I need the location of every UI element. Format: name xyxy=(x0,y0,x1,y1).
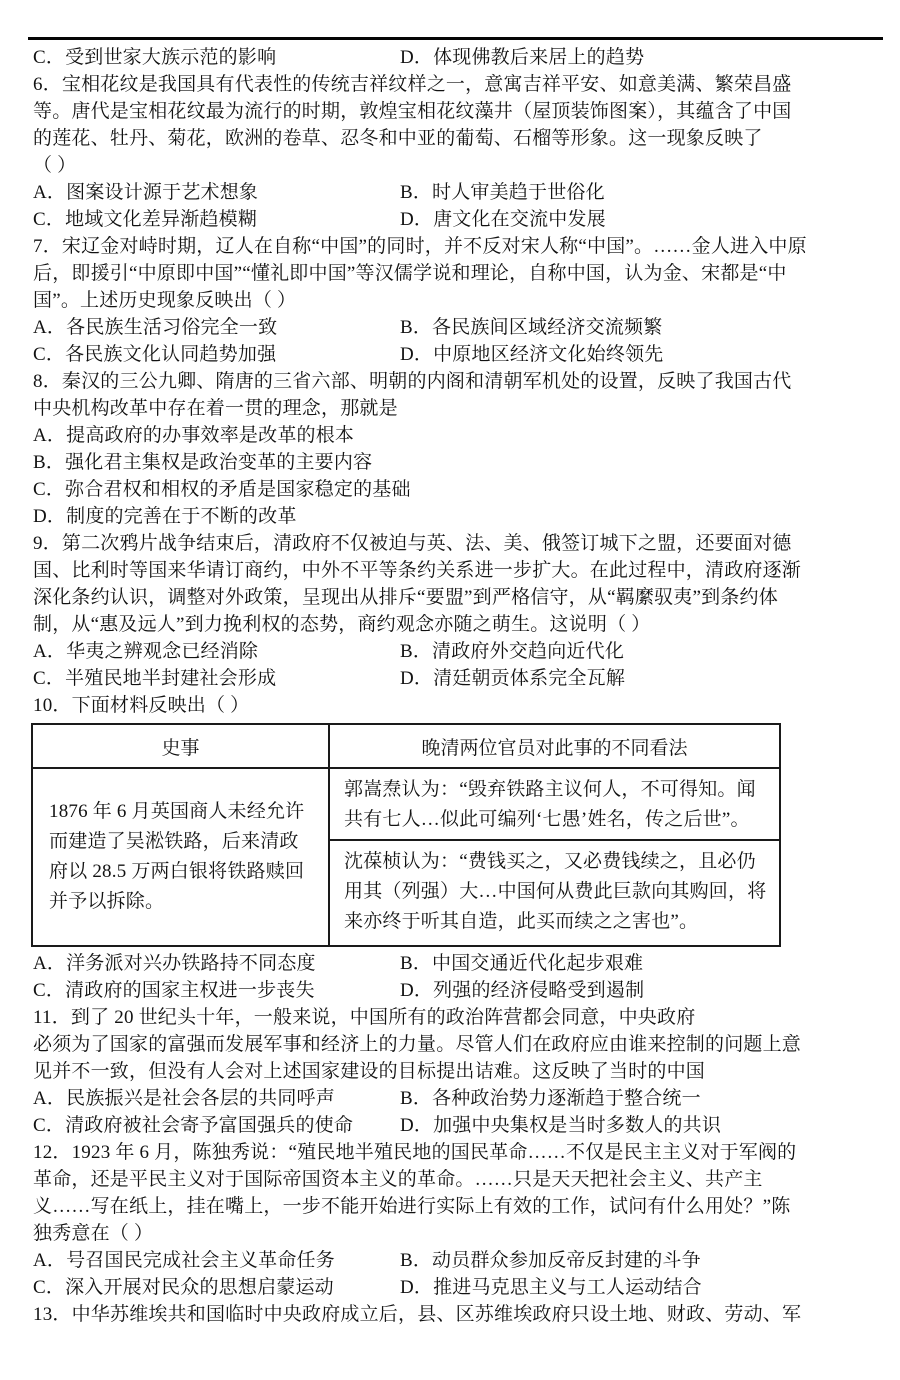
q12-options-row-ab: A．号召国民完成社会主义革命任务 B．动员群众参加反帝反封建的斗争 xyxy=(33,1247,878,1274)
q6-stem-line-2: 等。唐代是宝相花纹最为流行的时期，敦煌宝相花纹藻井（屋顶装饰图案），其蕴含了中国 xyxy=(33,98,878,125)
q6-option-d: D．唐文化在交流中发展 xyxy=(400,206,606,233)
q9-option-c: C．半殖民地半封建社会形成 xyxy=(33,665,395,692)
q10-option-c: C．清政府的国家主权进一步丧失 xyxy=(33,977,395,1004)
q10-table-header-views: 晚清两位官员对此事的不同看法 xyxy=(328,725,779,767)
q7-options-row-cd: C．各民族文化认同趋势加强 D．中原地区经济文化始终领先 xyxy=(33,341,878,368)
q13-stem-line-1: 13．中华苏维埃共和国临时中央政府成立后，县、区苏维埃政府只设土地、财政、劳动、… xyxy=(33,1301,878,1328)
q9-stem-line-3: 深化条约认识，调整对外政策，呈现出从排斥“要盟”到严格信守，从“羁縻驭夷”到条约… xyxy=(33,584,878,611)
q9-stem-line-1: 9．第二次鸦片战争结束后，清政府不仅被迫与英、法、美、俄签订城下之盟，还要面对德 xyxy=(33,530,878,557)
q7-stem-line-2: 后，即援引“中原即中国”“懂礼即中国”等汉儒学说和理论，自称中国，认为金、宋都是… xyxy=(33,260,878,287)
q8-stem-line-2: 中央机构改革中存在着一贯的理念，那就是 xyxy=(33,395,878,422)
q9-options-row-cd: C．半殖民地半封建社会形成 D．清廷朝贡体系完全瓦解 xyxy=(33,665,878,692)
q8-option-a: A．提高政府的办事效率是改革的根本 xyxy=(33,422,878,449)
q11-option-c: C．清政府被社会寄予富国强兵的使命 xyxy=(33,1112,395,1139)
q7-option-d: D．中原地区经济文化始终领先 xyxy=(400,341,664,368)
q12-options-row-cd: C．深入开展对民众的思想启蒙运动 D．推进马克思主义与工人运动结合 xyxy=(33,1274,878,1301)
q9-options-row-ab: A．华夷之辨观念已经消除 B．清政府外交趋向近代化 xyxy=(33,638,878,665)
exam-content: C．受到世家大族示范的影响 D．体现佛教后来居上的趋势 6．宝相花纹是我国具有代… xyxy=(33,44,878,1328)
q11-option-a: A．民族振兴是社会各层的共同呼声 xyxy=(33,1085,395,1112)
q9-option-a: A．华夷之辨观念已经消除 xyxy=(33,638,395,665)
q7-stem-line-3: 国”。上述历史现象反映出（ ） xyxy=(33,287,878,314)
q7-option-a: A．各民族生活习俗完全一致 xyxy=(33,314,395,341)
q12-option-c: C．深入开展对民众的思想启蒙运动 xyxy=(33,1274,395,1301)
q11-stem-line-2: 必须为了国家的富强而发展军事和经济上的力量。尽管人们在政府应由谁来控制的问题上意 xyxy=(33,1031,878,1058)
q6-stem-line-1: 6．宝相花纹是我国具有代表性的传统吉祥纹样之一，意寓吉祥平安、如意美满、繁荣昌盛 xyxy=(33,71,878,98)
q10-option-a: A．洋务派对兴办铁路持不同态度 xyxy=(33,950,395,977)
q8-stem-line-1: 8．秦汉的三公九卿、隋唐的三省六部、明朝的内阁和清朝军机处的设置，反映了我国古代 xyxy=(33,368,878,395)
q6-option-b: B．时人审美趋于世俗化 xyxy=(400,179,605,206)
q10-option-d: D．列强的经济侵略受到遏制 xyxy=(400,977,644,1004)
q7-options-row-ab: A．各民族生活习俗完全一致 B．各民族间区域经济交流频繁 xyxy=(33,314,878,341)
q11-options-row-ab: A．民族振兴是社会各层的共同呼声 B．各种政治势力逐渐趋于整合统一 xyxy=(33,1085,878,1112)
q9-option-b: B．清政府外交趋向近代化 xyxy=(400,638,624,665)
q12-option-d: D．推进马克思主义与工人运动结合 xyxy=(400,1274,702,1301)
q6-options-row-ab: A．图案设计源于艺术想象 B．时人审美趋于世俗化 xyxy=(33,179,878,206)
q5-options-row-cd: C．受到世家大族示范的影响 D．体现佛教后来居上的趋势 xyxy=(33,44,878,71)
q8-option-c: C．弥合君权和相权的矛盾是国家稳定的基础 xyxy=(33,476,878,503)
q10-option-b: B．中国交通近代化起步艰难 xyxy=(400,950,643,977)
page-divider-rule xyxy=(28,37,883,40)
q6-options-row-cd: C．地域文化差异渐趋模糊 D．唐文化在交流中发展 xyxy=(33,206,878,233)
q10-material-table: 史事 晚清两位官员对此事的不同看法 1876 年 6 月英国商人未经允许而建造了… xyxy=(31,723,781,947)
q10-table-view2-cell: 沈葆桢认为：“费钱买之，又必费钱续之，且必仍用其（列强）大…中国何从费此巨款向其… xyxy=(328,839,779,945)
q10-table-event-cell: 1876 年 6 月英国商人未经允许而建造了吴淞铁路，后来清政府以 28.5 万… xyxy=(33,767,328,945)
q5-option-d: D．体现佛教后来居上的趋势 xyxy=(400,44,644,71)
q10-table-event-text: 1876 年 6 月英国商人未经允许而建造了吴淞铁路，后来清政府以 28.5 万… xyxy=(49,797,314,917)
q6-stem-line-4: （ ） xyxy=(33,152,878,179)
exam-page: C．受到世家大族示范的影响 D．体现佛教后来居上的趋势 6．宝相花纹是我国具有代… xyxy=(0,0,900,1380)
q8-option-b: B．强化君主集权是政治变革的主要内容 xyxy=(33,449,878,476)
q6-option-a: A．图案设计源于艺术想象 xyxy=(33,179,395,206)
q12-option-a: A．号召国民完成社会主义革命任务 xyxy=(33,1247,395,1274)
q11-option-b: B．各种政治势力逐渐趋于整合统一 xyxy=(400,1085,701,1112)
q12-stem-line-4: 独秀意在（ ） xyxy=(33,1220,878,1247)
q6-option-c: C．地域文化差异渐趋模糊 xyxy=(33,206,395,233)
q7-option-b: B．各民族间区域经济交流频繁 xyxy=(400,314,662,341)
q12-stem-line-1: 12．1923 年 6 月，陈独秀说：“殖民地半殖民地的国民革命……不仅是民主主… xyxy=(33,1139,878,1166)
q11-stem-line-1: 11．到了 20 世纪头十年，一般来说，中国所有的政治阵营都会同意，中央政府 xyxy=(33,1004,878,1031)
q9-stem-line-2: 国、比利时等国来华请订商约，中外不平等条约关系进一步扩大。在此过程中，清政府逐渐 xyxy=(33,557,878,584)
q11-stem-line-3: 见并不一致，但没有人会对上述国家建设的目标提出诘难。这反映了当时的中国 xyxy=(33,1058,878,1085)
q7-stem-line-1: 7．宋辽金对峙时期，辽人在自称“中国”的同时，并不反对宋人称“中国”。……金人进… xyxy=(33,233,878,260)
q10-table-header-event: 史事 xyxy=(33,725,328,767)
q12-option-b: B．动员群众参加反帝反封建的斗争 xyxy=(400,1247,701,1274)
q12-stem-line-2: 革命，还是平民主义对于国际帝国资本主义的革命。……只是天天把社会主义、共产主 xyxy=(33,1166,878,1193)
q10-options-row-ab: A．洋务派对兴办铁路持不同态度 B．中国交通近代化起步艰难 xyxy=(33,950,878,977)
q8-option-d: D．制度的完善在于不断的改革 xyxy=(33,503,878,530)
q11-options-row-cd: C．清政府被社会寄予富国强兵的使命 D．加强中央集权是当时多数人的共识 xyxy=(33,1112,878,1139)
q5-option-c: C．受到世家大族示范的影响 xyxy=(33,44,395,71)
q9-option-d: D．清廷朝贡体系完全瓦解 xyxy=(400,665,625,692)
q11-option-d: D．加强中央集权是当时多数人的共识 xyxy=(400,1112,721,1139)
q10-table-view1-cell: 郭嵩焘认为：“毁弃铁路主议何人，不可得知。闻共有七人…似此可编列‘七愚’姓名，传… xyxy=(328,767,779,839)
q6-stem-line-3: 的莲花、牡丹、菊花，欧洲的卷草、忍冬和中亚的葡萄、石榴等形象。这一现象反映了 xyxy=(33,125,878,152)
q9-stem-line-4: 制，从“惠及远人”到力挽利权的态势，商约观念亦随之萌生。这说明（ ） xyxy=(33,611,878,638)
q10-stem-line-1: 10．下面材料反映出（ ） xyxy=(33,692,878,719)
q10-options-row-cd: C．清政府的国家主权进一步丧失 D．列强的经济侵略受到遏制 xyxy=(33,977,878,1004)
q7-option-c: C．各民族文化认同趋势加强 xyxy=(33,341,395,368)
q12-stem-line-3: 义……写在纸上，挂在嘴上，一步不能开始进行实际上有效的工作，试问有什么用处？”陈 xyxy=(33,1193,878,1220)
